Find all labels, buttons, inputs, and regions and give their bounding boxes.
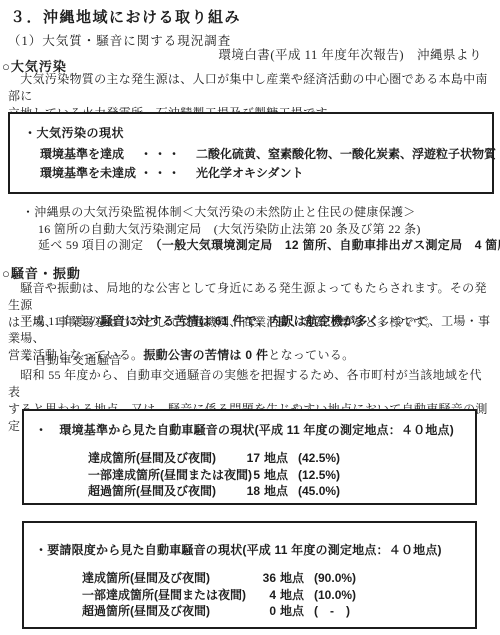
request-limit-box-title: ・要請限度から見た自動車騒音の現状(平成 11 年度の測定地点：４０地点) xyxy=(35,541,475,558)
stat-unit: 地点 xyxy=(264,467,288,484)
stat-label: 超過箇所(昼間及び夜間) xyxy=(82,603,256,620)
air-status-box-title: ・大気汚染の現状 xyxy=(24,124,492,141)
criteria-label: 環境基準を達成 xyxy=(40,146,140,163)
stat-percent: (10.0%) xyxy=(314,587,356,604)
document-page: ３．沖縄地域における取り組み （1）大気質・騒音に関する現況調査 環境白書(平成… xyxy=(0,0,500,635)
air-status-row: 環境基準を未達成 ・・・ 光化学オキシダント xyxy=(40,165,492,182)
stat-points: 36 xyxy=(256,570,276,587)
env-standard-noise-box: ・ 環境基準から見た自動車騒音の現状(平成 11 年度の測定地点：４０地点) 達… xyxy=(22,409,477,505)
noise-stat-row: 達成箇所(昼間及び夜間) 36 地点 (90.0%) xyxy=(82,570,475,587)
stat-points: 4 xyxy=(256,587,276,604)
monitoring-items-line: 延べ 59 項目の測定 （一般大気環境測定局 12 箇所、自動車排出ガス測定局 … xyxy=(38,237,492,254)
stat-percent: ( - ) xyxy=(314,603,350,620)
stat-label: 達成箇所(昼間及び夜間) xyxy=(88,450,240,467)
stat-unit: 地点 xyxy=(264,450,288,467)
dots-separator: ・・・ xyxy=(140,165,196,182)
criteria-value: 光化学オキシダント xyxy=(196,165,492,182)
stat-unit: 地点 xyxy=(280,603,304,620)
stat-percent: (90.0%) xyxy=(314,570,356,587)
env-standard-box-title: ・ 環境基準から見た自動車騒音の現状(平成 11 年度の測定地点：４０地点) xyxy=(35,421,475,438)
noise-stat-row: 達成箇所(昼間及び夜間) 17 地点 (42.5%) xyxy=(88,450,475,467)
stat-label: 達成箇所(昼間及び夜間) xyxy=(82,570,256,587)
noise-stat-row: 超過箇所(昼間及び夜間) 18 地点 (45.0%) xyxy=(88,483,475,500)
monitoring-stations-line: 16 箇所の自動大気汚染測定局 (大気汚染防止法第 20 条及び第 22 条) xyxy=(38,221,492,238)
noise-stat-row: 一部達成箇所(昼間または夜間) 5 地点 (12.5%) xyxy=(88,467,475,484)
vibration-run-bold: 振動公害の苦情は 0 件 xyxy=(143,348,268,362)
complaints-run-normal: となっている。 xyxy=(268,348,354,362)
noise-stat-row: 超過箇所(昼間及び夜間) 0 地点 ( - ) xyxy=(82,603,475,620)
monitoring-items-bold: （一般大気環境測定局 12 箇所、自動車排出ガス測定局 4 箇所） xyxy=(156,238,500,252)
complaints-run-bold: 騒音に対する苦情は 61 件で、内訳は航空機が多く xyxy=(101,314,380,328)
env-standard-rows: 達成箇所(昼間及び夜間) 17 地点 (42.5%) 一部達成箇所(昼間または夜… xyxy=(24,450,475,500)
monitoring-system-line: ・沖縄県の大気汚染監視体制＜大気汚染の未然防止と住民の健康保護＞ xyxy=(22,204,492,221)
monitoring-items-normal: 延べ 59 項目の測定 xyxy=(38,238,156,252)
car-noise-bullet-title: ・自動車交通騒音 xyxy=(22,351,122,368)
stat-label: 一部達成箇所(昼間または夜間) xyxy=(88,467,240,484)
stat-label: 超過箇所(昼間及び夜間) xyxy=(88,483,240,500)
dots-separator: ・・・ xyxy=(140,146,196,163)
air-quality-status-box: ・大気汚染の現状 環境基準を達成 ・・・ 二酸化硫黄、窒素酸化物、一酸化炭素、浮… xyxy=(8,112,494,194)
stat-unit: 地点 xyxy=(264,483,288,500)
request-limit-noise-box: ・要請限度から見た自動車騒音の現状(平成 11 年度の測定地点：４０地点) 達成… xyxy=(22,521,477,629)
stat-percent: (42.5%) xyxy=(298,450,340,467)
section-title: ３．沖縄地域における取り組み xyxy=(10,6,241,27)
stat-points: 0 xyxy=(256,603,276,620)
source-reference: 環境白書(平成 11 年度年次報告) 沖縄県より xyxy=(0,45,482,63)
monitoring-section: ・沖縄県の大気汚染監視体制＜大気汚染の未然防止と住民の健康保護＞ 16 箇所の自… xyxy=(22,204,492,254)
stat-unit: 地点 xyxy=(280,587,304,604)
request-limit-rows: 達成箇所(昼間及び夜間) 36 地点 (90.0%) 一部達成箇所(昼間または夜… xyxy=(24,570,475,620)
criteria-label: 環境基準を未達成 xyxy=(40,165,140,182)
criteria-value: 二酸化硫黄、窒素酸化物、一酸化炭素、浮遊粒子状物質 xyxy=(196,146,496,163)
stat-percent: (12.5%) xyxy=(298,467,340,484)
stat-percent: (45.0%) xyxy=(298,483,340,500)
air-status-row: 環境基準を達成 ・・・ 二酸化硫黄、窒素酸化物、一酸化炭素、浮遊粒子状物質 xyxy=(40,146,492,163)
stat-points: 18 xyxy=(240,483,260,500)
stat-unit: 地点 xyxy=(280,570,304,587)
complaints-run-normal: 平成 11 年度の xyxy=(8,314,101,328)
stat-points: 5 xyxy=(240,467,260,484)
stat-label: 一部達成箇所(昼間または夜間) xyxy=(82,587,256,604)
noise-stat-row: 一部達成箇所(昼間または夜間) 4 地点 (10.0%) xyxy=(82,587,475,604)
stat-points: 17 xyxy=(240,450,260,467)
